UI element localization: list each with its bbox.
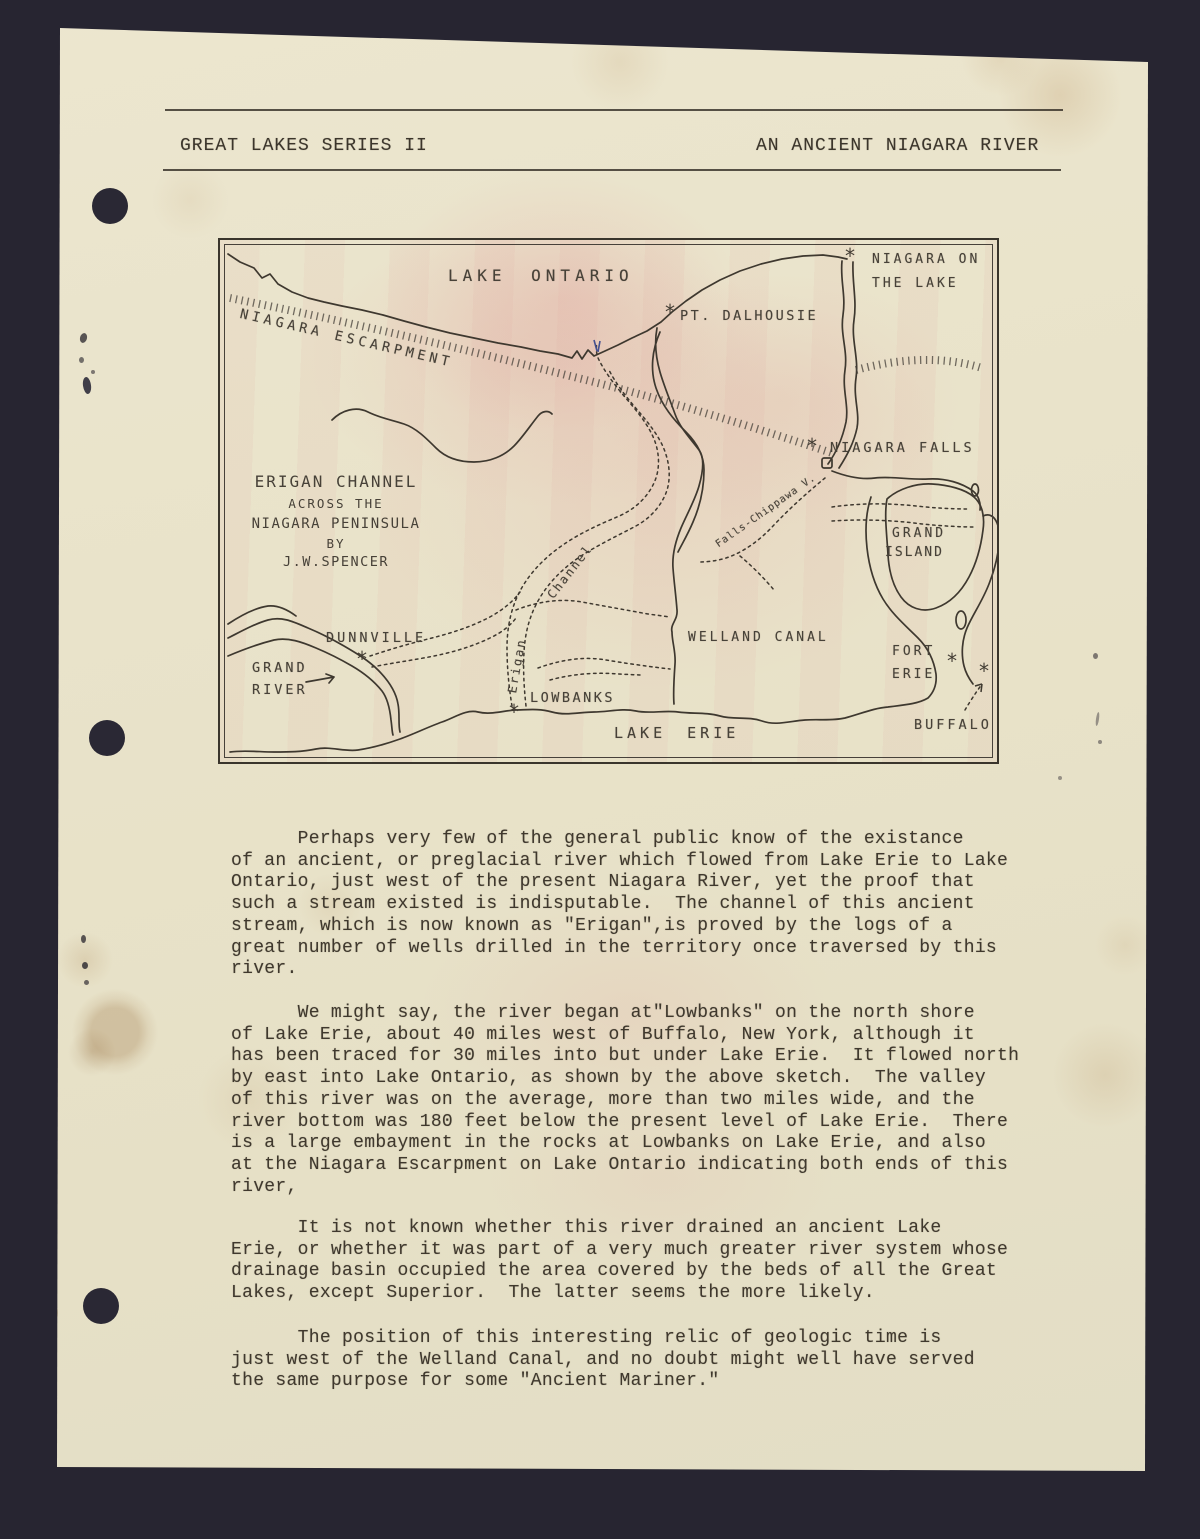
ink-mark — [91, 370, 95, 374]
header-rule-top — [165, 109, 1063, 111]
buffalo-arrow-dashed — [965, 684, 982, 710]
label-lake-erie: LAKE ERIE — [614, 724, 739, 742]
paper-stains — [0, 0, 1200, 1539]
map-title-line-5: J.W.SPENCER — [236, 554, 436, 571]
label-buffalo: BUFFALO — [914, 717, 992, 733]
body-paragraph-2: We might say, the river began at"Lowbank… — [231, 1003, 1111, 1198]
label-welland-canal: WELLAND CANAL — [688, 630, 829, 645]
edge-stain — [48, 1303, 58, 1323]
falls-chippawa-branch-dotted — [740, 556, 774, 590]
label-grand-river-2: RIVER — [252, 682, 308, 698]
map-title-line-4: BY — [236, 536, 436, 552]
asterisk-marker-niagara-falls: * — [806, 434, 818, 458]
punch-hole-middle — [89, 720, 125, 756]
asterisk-marker-niagara-on-the-lake: * — [844, 244, 856, 268]
ink-mark — [81, 935, 86, 943]
dunnville-branch-dotted-1 — [370, 592, 520, 656]
ink-mark — [79, 357, 84, 363]
erigan-channel-dotted-east — [524, 370, 670, 706]
label-niagara-falls: NIAGARA FALLS — [830, 440, 975, 456]
escarpment-hatching-east — [856, 360, 982, 370]
label-grand-river-1: GRAND — [252, 660, 308, 676]
asterisk-marker-dunnville: * — [356, 647, 368, 671]
punch-hole-top — [92, 188, 128, 224]
map-figure: LAKE ONTARIO NIAGARA ESCARPMENT NIAGARA … — [218, 238, 999, 764]
map-title-line-3: NIAGARA PENINSULA — [236, 515, 436, 533]
label-pt-dalhousie: PT. DALHOUSIE — [680, 308, 818, 324]
asterisk-marker-buffalo: * — [978, 659, 990, 683]
map-title-line-1: ERIGAN CHANNEL — [236, 472, 436, 492]
marsh-dotted-row-3 — [550, 673, 640, 680]
upper-niagara-north-shore — [832, 471, 980, 510]
inland-contour-line — [332, 409, 552, 462]
asterisk-marker-fort-erie: * — [946, 649, 958, 673]
erigan-channel-dotted-west — [507, 342, 659, 706]
niagara-river-west-bank — [828, 261, 847, 464]
body-paragraph-3: It is not known whether this river drain… — [231, 1218, 1111, 1305]
ink-mark — [82, 962, 88, 969]
ink-mark — [84, 980, 89, 985]
label-grand-island-2: ISLAND — [885, 545, 944, 560]
ink-speck — [1058, 776, 1062, 780]
asterisk-marker-lowbanks: * — [508, 700, 520, 724]
ink-mark — [82, 377, 92, 395]
scanned-document-page: GREAT LAKES SERIES II AN ANCIENT NIAGARA… — [0, 0, 1200, 1539]
body-paragraph-4: The position of this interesting relic o… — [231, 1328, 1111, 1393]
dalhousie-valley-line — [653, 332, 704, 552]
marsh-dotted-row-1 — [516, 600, 670, 617]
label-grand-island-1: GRAND — [892, 526, 946, 541]
east-channel-islet — [956, 611, 966, 629]
grand-island-dotted-row-1 — [832, 504, 967, 509]
map-title-block: ERIGAN CHANNEL ACROSS THE NIAGARA PENINS… — [236, 472, 436, 571]
ink-speck — [1093, 653, 1098, 659]
punch-hole-bottom — [83, 1288, 119, 1324]
ink-speck — [1095, 712, 1100, 726]
ink-speck — [1098, 740, 1102, 744]
map-title-line-2: ACROSS THE — [236, 496, 436, 512]
paper-sheet: GREAT LAKES SERIES II AN ANCIENT NIAGARA… — [0, 0, 1200, 1539]
label-fort-erie-2: ERIE — [892, 667, 935, 682]
grand-river-arrow — [306, 674, 334, 683]
body-paragraph-1: Perhaps very few of the general public k… — [231, 829, 1111, 981]
label-dunnville: DUNNVILLE — [326, 630, 426, 646]
header-rule-bottom — [163, 169, 1061, 171]
label-niagara-on-the-lake-1: NIAGARA ON — [872, 252, 980, 267]
asterisk-marker-pt-dalhousie: * — [664, 300, 676, 324]
marsh-dotted-row-2 — [538, 658, 670, 669]
series-title: GREAT LAKES SERIES II — [180, 136, 428, 156]
label-lake-ontario: LAKE ONTARIO — [448, 266, 634, 285]
ink-mark — [79, 332, 88, 343]
page-title: AN ANCIENT NIAGARA RIVER — [756, 136, 1039, 156]
label-fort-erie-1: FORT — [892, 644, 935, 659]
label-lowbanks: LOWBANKS — [530, 690, 615, 706]
label-niagara-on-the-lake-2: THE LAKE — [872, 276, 959, 291]
